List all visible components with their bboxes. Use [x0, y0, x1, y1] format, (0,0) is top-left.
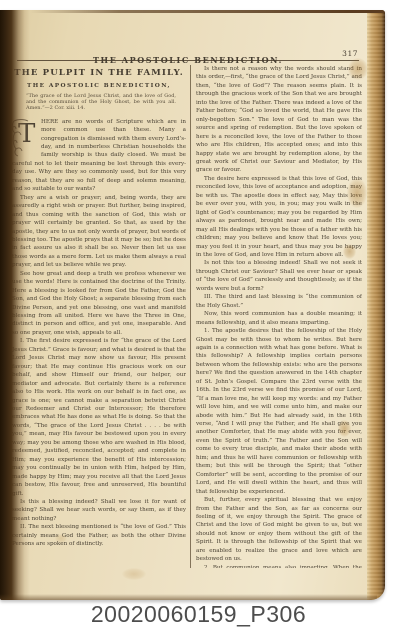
page-content: THE APOSTOLIC BENEDICTION. 317 THE PULPI… — [0, 10, 367, 600]
dropcap-letter: T — [18, 119, 35, 149]
page-number: 317 — [342, 49, 358, 58]
page-top-edge — [30, 10, 385, 13]
scan-background: THE APOSTOLIC BENEDICTION. 317 THE PULPI… — [0, 0, 397, 640]
archive-id-watermark: 20020060159_P306 — [0, 601, 397, 628]
paragraph: The desire here expressed is that this l… — [196, 175, 362, 260]
paragraph: Is not this too a blessing indeed! Shall… — [196, 259, 362, 293]
running-head-title: THE APOSTOLIC BENEDICTION. — [93, 55, 283, 65]
page-edge-stack — [367, 10, 385, 600]
text-columns: THE PULPIT IN THE FAMILY. THE APOSTOLIC … — [12, 65, 362, 568]
paragraph: II. The next blessing mentioned is “the … — [12, 523, 186, 548]
paragraph: 2. But communion means also imparting. W… — [196, 564, 362, 568]
paragraph: But, further, every spiritual blessing t… — [196, 496, 362, 564]
paragraph: Now, this word communion has a double me… — [196, 310, 362, 327]
ornate-initial: T — [12, 119, 39, 152]
column-divider — [190, 65, 191, 568]
page-bottom-edge — [0, 594, 377, 600]
paragraph: Is this a blessing indeed? Shall we lose… — [12, 498, 186, 523]
paragraph: T HERE are no words of Scripture which a… — [12, 118, 186, 194]
paragraph: I. The first desire expressed is for “th… — [12, 337, 186, 498]
paragraph: III. The third and last blessing is “the… — [196, 293, 362, 310]
paragraph: They are a wish or prayer; and, being wo… — [12, 194, 186, 270]
paragraph: 1. The apostle desires that the fellowsh… — [196, 327, 362, 496]
paragraph: Is there not a reason why the words shou… — [196, 65, 362, 175]
paragraph: See how great and deep a truth we profes… — [12, 270, 186, 338]
running-head: THE APOSTOLIC BENEDICTION. 317 — [18, 48, 358, 59]
left-column: THE PULPIT IN THE FAMILY. THE APOSTOLIC … — [12, 65, 186, 568]
scripture-epigraph: “The grace of the Lord Jesus Christ, and… — [26, 93, 176, 112]
article-subtitle: THE APOSTOLIC BENEDICTION, — [12, 83, 186, 89]
article-title: THE PULPIT IN THE FAMILY. — [12, 68, 186, 78]
book-page-photo: THE APOSTOLIC BENEDICTION. 317 THE PULPI… — [0, 10, 385, 600]
right-column: Is there not a reason why the words shou… — [196, 65, 362, 568]
